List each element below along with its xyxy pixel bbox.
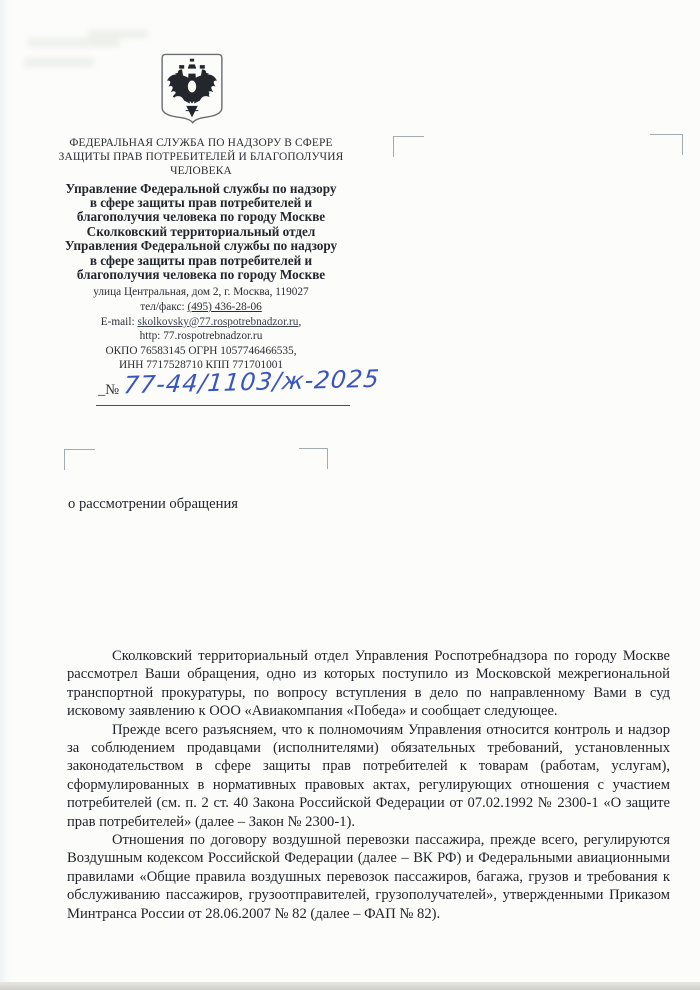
body-paragraph: Отношения по договору воздушной перевозк… <box>67 831 670 923</box>
russia-coat-of-arms-emblem <box>160 52 224 128</box>
bleed-through-artifact <box>88 30 148 38</box>
body-paragraph: Прежде всего разъясняем, что к полномочи… <box>67 721 670 831</box>
website-address: 77.rospotrebnadzor.ru <box>163 330 262 342</box>
subject-line: о рассмотрении обращения <box>68 496 238 513</box>
bleed-through-artifact <box>24 58 94 67</box>
agency-name-line: ЗАЩИТЫ ПРАВ ПОТРЕБИТЕЛЕЙ И БЛАГОПОЛУЧИЯ <box>46 150 356 164</box>
website-line: http: 77.rospotrebnadzor.ru <box>46 329 356 344</box>
reference-underline <box>96 405 350 406</box>
phone-line: тел/факс: (495) 436-28-06 <box>46 300 356 315</box>
scanned-letter-page: ФЕДЕРАЛЬНАЯ СЛУЖБА ПО НАДЗОРУ В СФЕРЕ ЗА… <box>0 0 700 990</box>
letter-body: Сколковский территориальный отдел Управл… <box>67 647 670 923</box>
contact-block: улица Центральная, дом 2, г. Москва, 119… <box>46 285 356 373</box>
email-line: E-mail: skolkovsky@77.rospotrebnadzor.ru… <box>46 315 356 330</box>
corner-mark-field-left <box>64 449 95 470</box>
corner-mark-field-right <box>299 448 328 469</box>
phone-number: (495) 436-28-06 <box>187 301 261 313</box>
scan-edge-left <box>0 0 10 990</box>
body-paragraph: Сколковский территориальный отдел Управл… <box>67 647 670 721</box>
number-sign-label: _№ <box>98 382 119 399</box>
agency-name-line: ФЕДЕРАЛЬНАЯ СЛУЖБА ПО НАДЗОРУ В СФЕРЕ <box>46 136 356 150</box>
department-name: Управление Федеральной службы по надзору… <box>46 182 356 283</box>
corner-mark-addressee-left <box>393 136 424 157</box>
postal-address: улица Центральная, дом 2, г. Москва, 119… <box>46 285 356 300</box>
email-address: skolkovsky@77.rospotrebnadzor.ru <box>137 316 298 328</box>
agency-name-line: ЧЕЛОВЕКА <box>46 164 356 178</box>
bleed-through-artifact <box>28 38 120 47</box>
handwritten-reference-number: 77-44/1103/ж-2025 <box>122 365 381 400</box>
letterhead: ФЕДЕРАЛЬНАЯ СЛУЖБА ПО НАДЗОРУ В СФЕРЕ ЗА… <box>46 136 356 373</box>
corner-mark-addressee-right <box>650 134 683 155</box>
scan-edge-bottom <box>0 982 700 990</box>
okpo-ogrn-line: ОКПО 76583145 ОГРН 1057746466535, <box>46 344 356 359</box>
reference-number-line: _№ 77-44/1103/ж-2025 <box>98 372 378 408</box>
